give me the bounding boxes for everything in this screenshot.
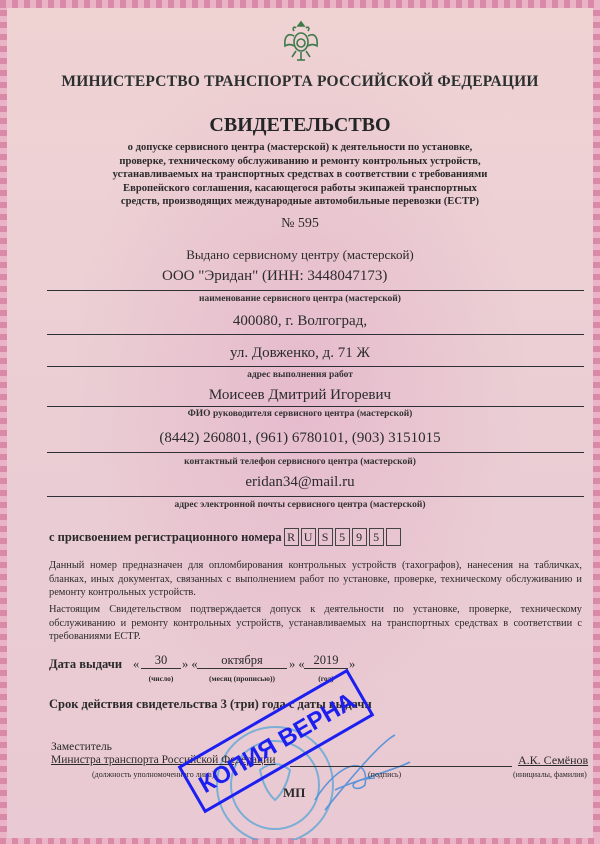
- field-rule: [47, 290, 584, 291]
- month-caption: (месяц (прописью)): [197, 674, 287, 683]
- coat-of-arms-icon: [282, 18, 320, 66]
- field-rule: [47, 334, 584, 335]
- registration-char: [386, 528, 401, 546]
- signature-line: [290, 766, 512, 767]
- registration-char: 9: [352, 528, 367, 546]
- registration-char: U: [301, 528, 316, 546]
- paragraph-confirmation: Настоящим Свидетельством подтверждается …: [49, 603, 582, 644]
- registration-label: с присвоением регистрационного номера: [49, 530, 282, 545]
- field-rule: [47, 406, 584, 407]
- director-name: Моисеев Дмитрий Игоревич: [0, 387, 600, 404]
- registration-char: 5: [335, 528, 350, 546]
- registration-char: R: [284, 528, 299, 546]
- issue-month: октября: [197, 653, 287, 669]
- paragraph-number-purpose: Данный номер предназначен для опломбиров…: [49, 559, 582, 600]
- signature-caption: (подпись): [368, 770, 401, 779]
- seal-mark: МП: [283, 785, 305, 801]
- certificate-number: № 595: [0, 216, 600, 232]
- signatory-name-caption: (инициалы, фамилия): [513, 770, 587, 779]
- contact-email: eridan34@mail.ru: [0, 474, 600, 491]
- issued-to-label: Выдано сервисному центру (мастерской): [0, 247, 600, 263]
- service-center-name: ООО "Эридан" (ИНН: 3448047173): [162, 268, 387, 285]
- director-caption: ФИО руководителя сервисного центра (маст…: [0, 409, 600, 419]
- email-caption: адрес электронной почты сервисного центр…: [0, 500, 600, 510]
- signatory-name: А.К. Семёнов: [518, 753, 588, 768]
- field-rule: [47, 452, 584, 453]
- phone-caption: контактный телефон сервисного центра (ма…: [0, 457, 600, 467]
- address-caption: адрес выполнения работ: [0, 370, 600, 380]
- registration-char: S: [318, 528, 333, 546]
- ministry-name: МИНИСТЕРСТВО ТРАНСПОРТА РОССИЙСКОЙ ФЕДЕР…: [0, 73, 600, 91]
- issue-year: 2019: [304, 653, 348, 669]
- field-rule: [47, 496, 584, 497]
- day-caption: (число): [141, 674, 181, 683]
- field-rule: [47, 366, 584, 367]
- issue-date-label: Дата выдачи: [49, 657, 122, 671]
- document-title: СВИДЕТЕЛЬСТВО: [0, 114, 600, 137]
- contact-phone: (8442) 260801, (961) 6780101, (903) 3151…: [0, 430, 600, 447]
- registration-number-row: с присвоением регистрационного номера R …: [49, 528, 401, 546]
- issue-day: 30: [141, 653, 181, 669]
- document-subtitle: о допуске сервисного центра (мастерской)…: [110, 141, 490, 209]
- registration-char: 5: [369, 528, 384, 546]
- service-center-name-caption: наименование сервисного центра (мастерск…: [0, 294, 600, 304]
- address-line-1: 400080, г. Волгоград,: [0, 313, 600, 330]
- address-line-2: ул. Довженко, д. 71 Ж: [0, 345, 600, 362]
